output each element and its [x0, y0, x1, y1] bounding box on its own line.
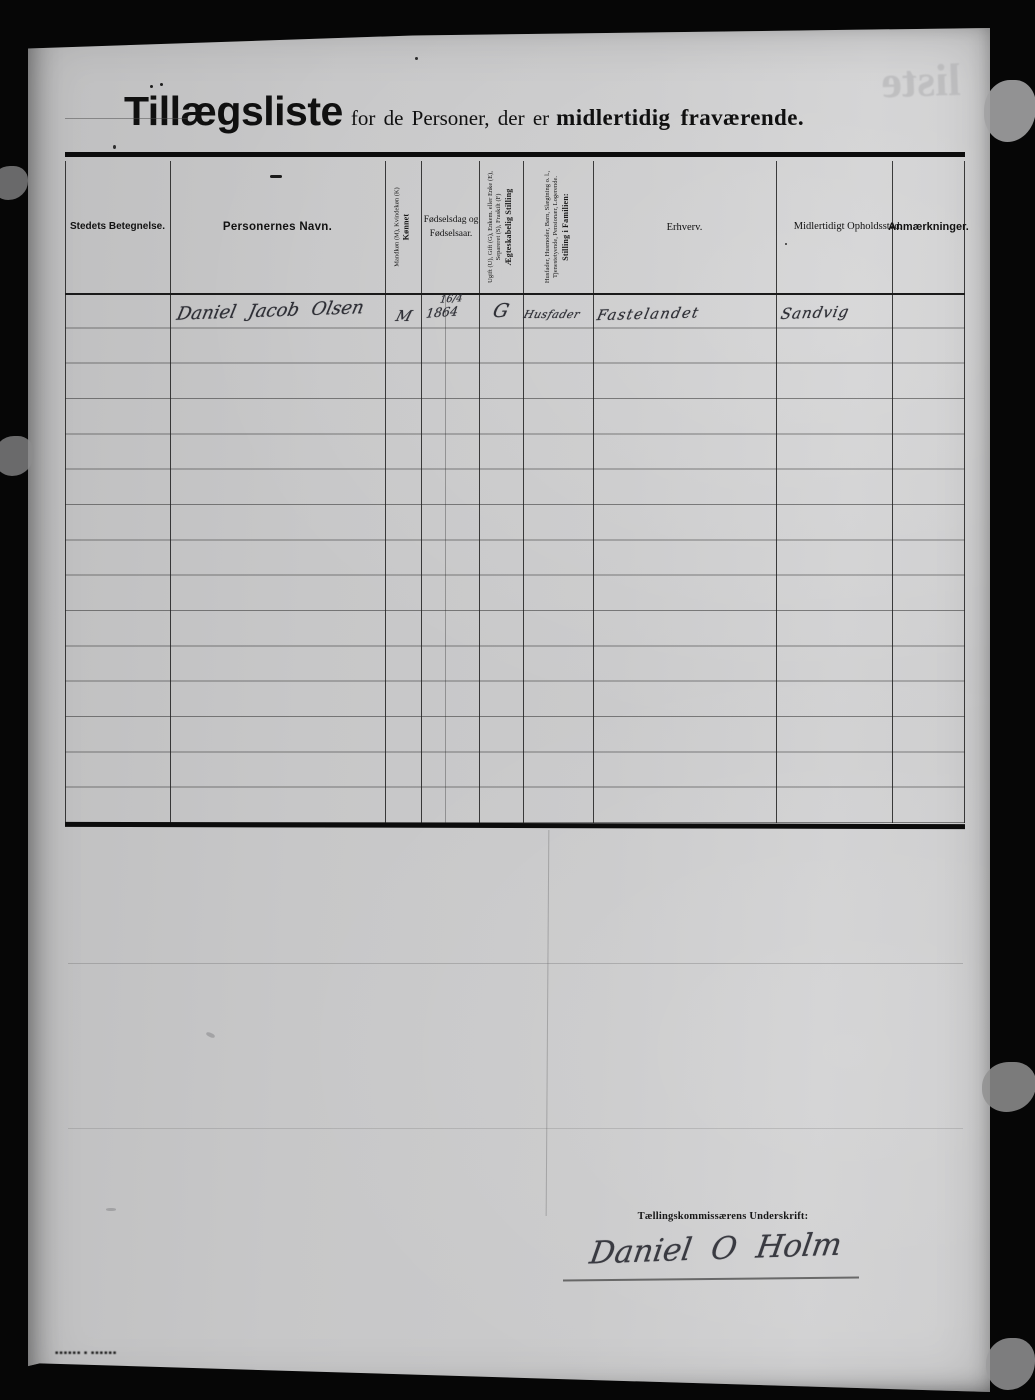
- column-header-erhverv: Erhverv.: [593, 161, 776, 293]
- table-body-rows: [65, 293, 965, 823]
- column-header-konnet-sub: Mandkøn (M), Kvindekøn (K): [393, 163, 401, 291]
- fold-crease-horizontal: [68, 1128, 963, 1129]
- ink-speck: [113, 145, 116, 149]
- column-header-stilling-familien: Husfader, Husmoder, Barn, Slægtning o. l…: [523, 161, 593, 293]
- column-header-personernes-navn: Personernes Navn.: [170, 161, 385, 293]
- title-divider-rule: [65, 152, 965, 157]
- column-header-anmaerkninger: Anmærkninger.: [892, 161, 965, 293]
- ink-speck: [150, 85, 153, 88]
- ink-speck: [415, 57, 418, 60]
- scan-smudge: [206, 1031, 216, 1038]
- entry-marital-status: G: [476, 300, 525, 322]
- scan-edge-artifact: [982, 1062, 1035, 1112]
- entry-family-position: Husfader: [522, 308, 596, 321]
- column-header-stilling-familien-sub: Husfader, Husmoder, Barn, Slægtning o. l…: [544, 163, 561, 291]
- census-table: Stedets Betegnelse. Personernes Navn. Ma…: [65, 161, 965, 823]
- column-header-aegteskabelig-main: Ægteskabelig Stilling: [504, 163, 515, 291]
- title-subtitle: for de Personer, der er: [351, 106, 549, 130]
- scan-scratch-line: [65, 118, 187, 119]
- ghost-bleedthrough-text: liste: [845, 51, 997, 109]
- paper-sheet: liste Tillægslistefor de Personer, der e…: [28, 28, 990, 1392]
- scan-smudge: [106, 1208, 116, 1211]
- scan-edge-artifact: [0, 166, 28, 200]
- printed-dash-mark: [270, 175, 282, 178]
- entry-sex: M: [384, 307, 423, 325]
- table-bottom-rule: [65, 822, 965, 829]
- ink-speck: [160, 83, 163, 86]
- column-header-konnet-main: Kønnet: [402, 163, 413, 291]
- column-header-stilling-familien-main: Stilling i Familien:: [561, 163, 572, 291]
- page-title: Tillægslistefor de Personer, der ermidle…: [124, 88, 804, 135]
- scan-edge-artifact: [984, 80, 1035, 142]
- ink-speck: [785, 243, 787, 245]
- scanned-census-page: liste Tillægslistefor de Personer, der e…: [0, 0, 1035, 1400]
- column-header-konnet: Mandkøn (M), Kvindekøn (K) Kønnet: [385, 161, 421, 293]
- signature-underline: [563, 1276, 859, 1281]
- fold-crease-horizontal: [68, 963, 963, 964]
- printer-imprint: ▪▪▪▪▪▪ ▪ ▪▪▪▪▪▪: [55, 1350, 117, 1356]
- scan-edge-artifact: [986, 1338, 1035, 1390]
- column-header-fodselsdag: Fødselsdag og Fødselsaar.: [421, 161, 481, 293]
- column-header-aegteskabelig-sub: Ugift (U), Gift (G), Enkem. eller Enke (…: [487, 163, 504, 291]
- title-subtitle-bold: midlertidig fraværende.: [556, 105, 804, 130]
- title-main: Tillægsliste: [124, 88, 343, 134]
- signature-label: Tællingskommissærens Underskrift:: [628, 1211, 818, 1222]
- entry-birthdate: 16/4 1864: [419, 292, 480, 321]
- fold-crease-vertical: [546, 830, 550, 1216]
- column-header-aegteskabelig: Ugift (U), Gift (G), Enkem. eller Enke (…: [479, 161, 523, 293]
- commissioner-signature: Daniel O Holm: [587, 1226, 844, 1271]
- column-header-stedets-betegnelse: Stedets Betegnelse.: [65, 161, 170, 293]
